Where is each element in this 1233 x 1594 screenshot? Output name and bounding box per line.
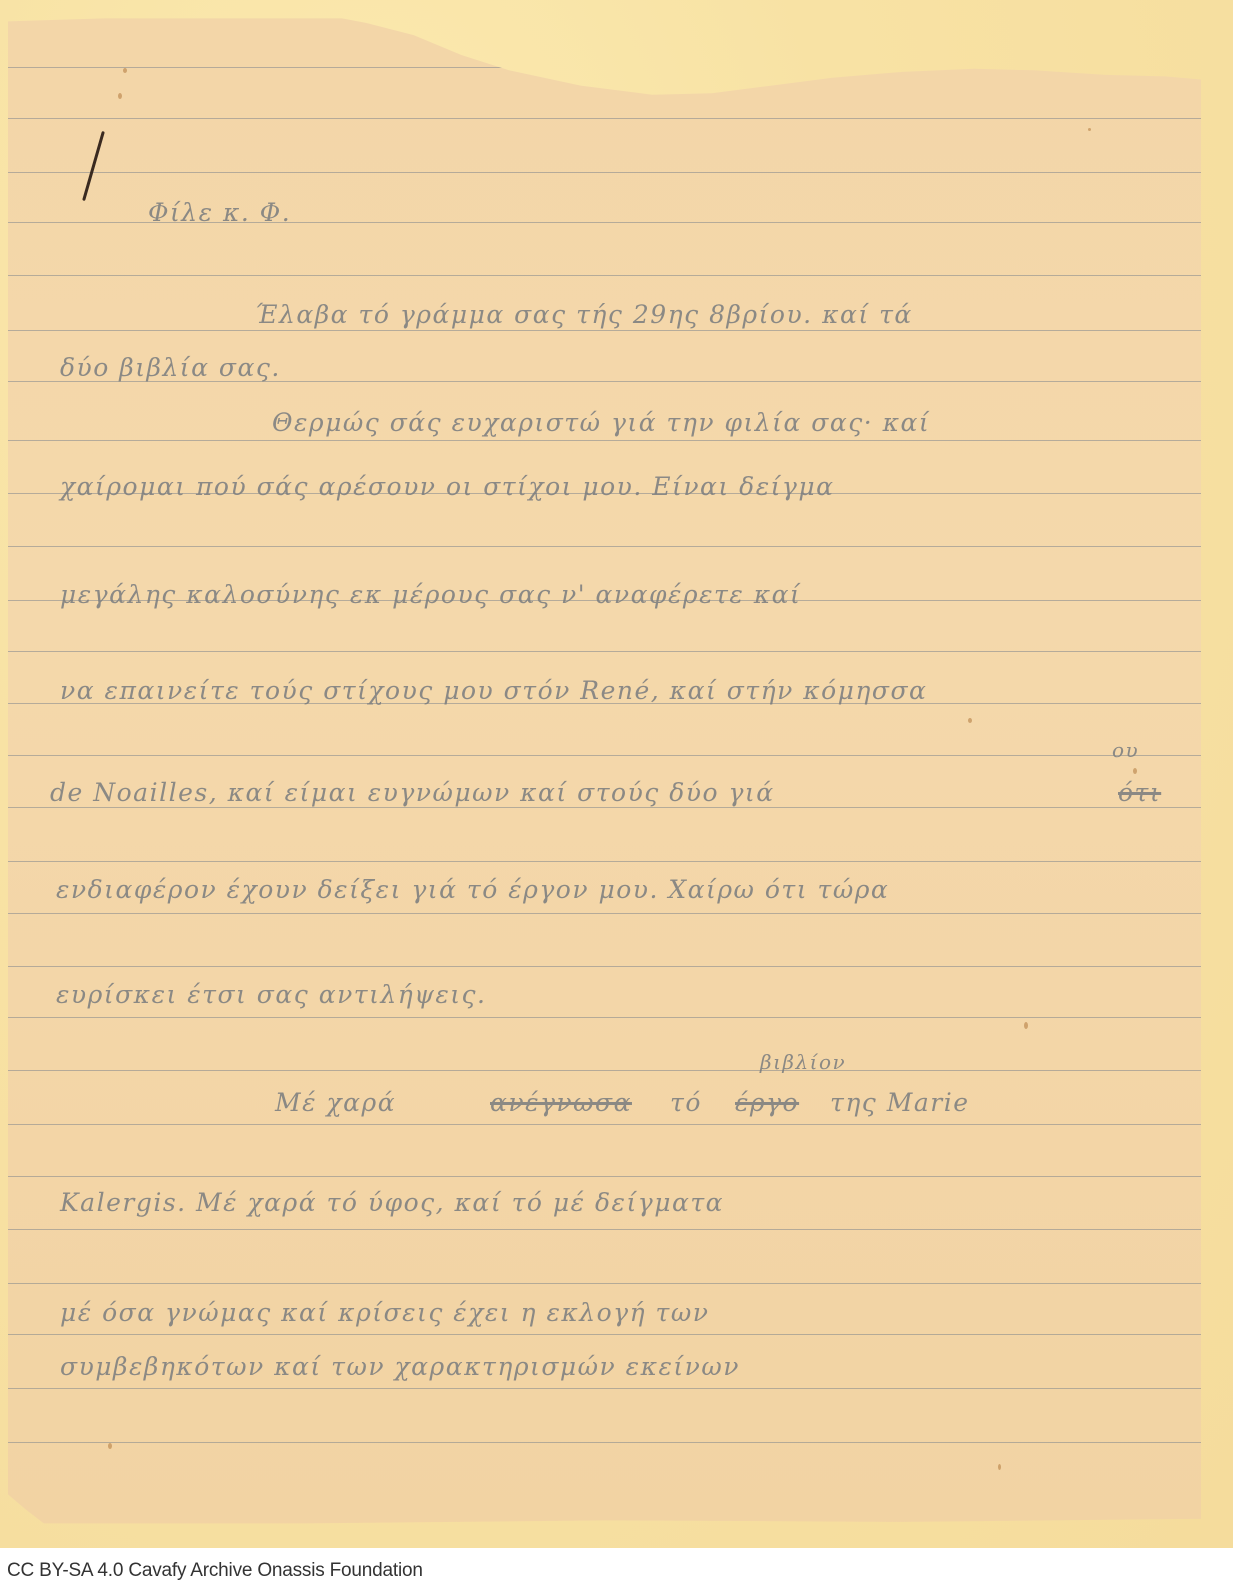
foxing-spot [123,68,127,73]
footer: CC BY-SA 4.0 Cavafy Archive Onassis Foun… [0,1548,1233,1594]
ruled-line [8,807,1201,808]
ruled-line [8,1176,1201,1177]
letter-line-2: δύο βιβλία σας. [60,353,281,382]
ruled-line [8,913,1201,914]
letter-line-3: Θερμώς σάς ευχαριστώ γιά την φιλία σας· … [272,408,930,437]
letter-line-4: χαίρομαι πού σάς αρέσουν οι στίχοι μου. … [60,472,835,501]
foxing-spot [998,1464,1001,1470]
salutation: Φίλε κ. Φ. [148,198,291,227]
ruled-line [8,1124,1201,1125]
letter-line-5: μεγάλης καλοσύνης εκ μέρους σας ν' αναφέ… [60,580,801,609]
ruled-line [8,275,1201,276]
ruled-line [8,546,1201,547]
insertion-above-line-7: ου [1112,738,1139,762]
letter-line-7: de Noailles, καί είμαι ευγνώμων καί στού… [50,778,775,807]
ruled-line [8,1334,1201,1335]
ruled-line [8,755,1201,756]
ruled-line [8,1442,1201,1443]
ruled-line [8,861,1201,862]
foxing-spot [1088,128,1091,131]
foxing-spot [1024,1022,1028,1029]
ruled-line [8,1017,1201,1018]
letter-line-10-end: της Marie [830,1088,970,1117]
letter-line-10-start: Μέ χαρά [275,1088,396,1117]
ruled-line [8,1070,1201,1071]
license-caption: CC BY-SA 4.0 Cavafy Archive Onassis Foun… [7,1560,423,1582]
ruled-line [8,651,1201,652]
struck-word-1-line-10: ανέγνωσα [490,1088,632,1117]
ruled-line [8,118,1201,119]
letter-line-1: Έλαβα τό γράμμα σας τής 29ης 8βρίου. καί… [255,300,913,329]
foxing-spot [108,1443,112,1449]
ruled-line [8,1388,1201,1389]
struck-word-line-7: ότι [1118,778,1161,807]
struck-word-2-line-10: έργο [735,1088,799,1117]
foxing-spot [118,93,122,99]
letter-line-9: ευρίσκει έτσι σας αντιλήψεις. [56,980,487,1009]
ruled-line [8,330,1201,331]
letter-line-6: να επαινείτε τούς στίχους μου στόν René,… [60,676,927,705]
letter-line-13: συμβεβηκότων καί των χαρακτηρισμών εκείν… [60,1352,740,1381]
ruled-line [8,172,1201,173]
letter-line-12: μέ όσα γνώμας καί κρίσεις έχει η εκλογή … [60,1298,709,1327]
ruled-line [8,1229,1201,1230]
ruled-line [8,440,1201,441]
ruled-line [8,1283,1201,1284]
letter-line-8: ενδιαφέρον έχουν δείξει γιά τό έργον μου… [56,875,889,904]
foxing-spot [1133,768,1137,774]
letter-line-10-middle: τό [670,1088,702,1117]
foxing-spot [968,718,972,723]
letter-line-11: Kalergis. Μέ χαρά τό ύφος, καί τό μέ δεί… [60,1188,724,1217]
ruled-line [8,966,1201,967]
insertion-above-line-10: βιβλίον [760,1050,846,1074]
